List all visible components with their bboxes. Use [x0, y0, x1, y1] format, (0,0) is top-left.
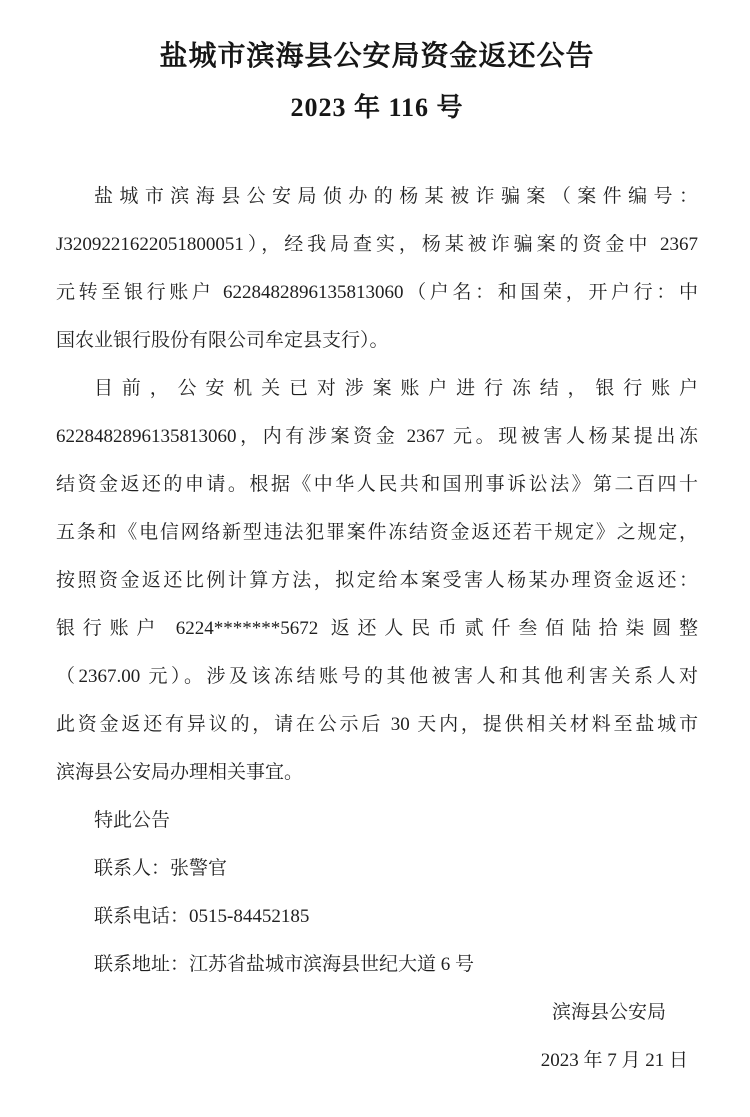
text-line: 目前，公安机关已对涉案账户进行冻结，银行账户	[56, 365, 698, 413]
text-line: 6228482896135813060，内有涉案资金 2367 元。现被害人杨某…	[56, 413, 698, 461]
document-page: 盐城市滨海县公安局资金返还公告 2023 年 116 号 盐城市滨海县公安局侦办…	[0, 0, 750, 1117]
doc-number: 2023 年 116 号	[56, 90, 698, 126]
doc-body: 盐城市滨海县公安局侦办的杨某被诈骗案（案件编号：J320922162205180…	[56, 173, 698, 989]
text-line: 按照资金返还比例计算方法，拟定给本案受害人杨某办理资金返还：	[56, 557, 698, 605]
text-line: 结资金返还的申请。根据《中华人民共和国刑事诉讼法》第二百四十	[56, 461, 698, 509]
text-line: 滨海县公安局办理相关事宜。	[56, 749, 698, 797]
text-line: 联系人：张警官	[56, 845, 698, 893]
text-line: J3209221622051800051），经我局查实，杨某被诈骗案的资金中 2…	[56, 221, 698, 269]
text-line: 元转至银行账户 6228482896135813060（户名：和国荣，开户行：中	[56, 269, 698, 317]
signature-org: 滨海县公安局	[56, 989, 698, 1037]
text-line: 银行账户 6224*******5672 返还人民币贰仟叁佰陆拾柒圆整	[56, 605, 698, 653]
text-line: 联系电话：0515-84452185	[56, 893, 698, 941]
text-line: 国农业银行股份有限公司牟定县支行）。	[56, 317, 698, 365]
signature-date: 2023 年 7 月 21 日	[56, 1037, 698, 1085]
text-line: 联系地址：江苏省盐城市滨海县世纪大道 6 号	[56, 941, 698, 989]
doc-title: 盐城市滨海县公安局资金返还公告	[56, 36, 698, 78]
text-line: 特此公告	[56, 797, 698, 845]
text-line: （2367.00 元）。涉及该冻结账号的其他被害人和其他利害关系人对	[56, 653, 698, 701]
text-line: 五条和《电信网络新型违法犯罪案件冻结资金返还若干规定》之规定，	[56, 509, 698, 557]
text-line: 盐城市滨海县公安局侦办的杨某被诈骗案（案件编号：	[56, 173, 698, 221]
text-line: 此资金返还有异议的，请在公示后 30 天内，提供相关材料至盐城市	[56, 701, 698, 749]
